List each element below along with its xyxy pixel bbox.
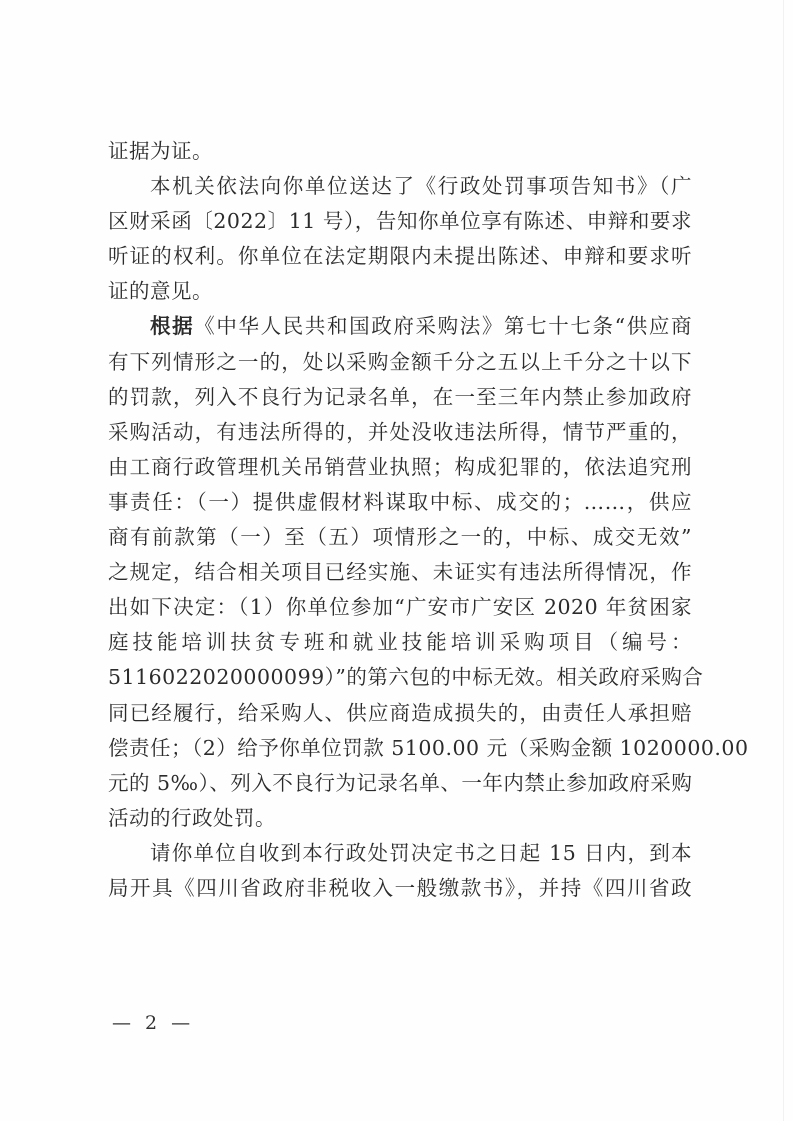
- scan-artifact-line: [783, 0, 784, 1121]
- text-line: 元的 5‰）、列入不良行为记录名单、一年内禁止参加政府采购: [108, 766, 692, 801]
- text-line: 由工商行政管理机关吊销营业执照；构成犯罪的，依法追究刑: [108, 450, 692, 485]
- text-line: 有下列情形之一的，处以采购金额千分之五以上千分之十以下: [108, 345, 692, 380]
- text-line: 同已经履行，给采购人、供应商造成损失的，由责任人承担赔: [108, 696, 692, 731]
- text-line: 偿责任；（2）给予你单位罚款 5100.00 元（采购金额 1020000.00: [108, 731, 692, 766]
- text-line: 听证的权利。你单位在法定期限内未提出陈述、申辩和要求听: [108, 239, 692, 274]
- text-line: 局开具《四川省政府非税收入一般缴款书》，并持《四川省政: [108, 871, 692, 906]
- text-line: 活动的行政处罚。: [108, 801, 692, 836]
- text-line: 请你单位自收到本行政处罚决定书之日起 15 日内，到本: [108, 836, 692, 871]
- text-line: 证的意见。: [108, 274, 692, 309]
- bold-lead-text: 根据: [150, 314, 194, 338]
- text-line: 商有前款第（一）至（五）项情形之一的，中标、成交无效”: [108, 520, 692, 555]
- text-line: 庭技能培训扶贫专班和就业技能培训采购项目（编号：: [108, 625, 692, 660]
- text-line: 本机关依法向你单位送达了《行政处罚事项告知书》（广: [108, 169, 692, 204]
- text-line: 根据《中华人民共和国政府采购法》第七十七条“供应商: [108, 309, 692, 344]
- text-line: 证据为证。: [108, 134, 692, 169]
- page-number: — 2 —: [112, 1012, 194, 1034]
- text-line: 出如下决定：（1）你单位参加“广安市广安区 2020 年贫困家: [108, 590, 692, 625]
- text-line: 采购活动，有违法所得的，并处没收违法所得，情节严重的，: [108, 415, 692, 450]
- text-line: 的罚款，列入不良行为记录名单，在一至三年内禁止参加政府: [108, 380, 692, 415]
- text-line: 事责任：（一）提供虚假材料谋取中标、成交的；……，供应: [108, 485, 692, 520]
- text-line: 5116022020000099）”的第六包的中标无效。相关政府采购合: [108, 660, 692, 695]
- text-line: 之规定，结合相关项目已经实施、未证实有违法所得情况，作: [108, 555, 692, 590]
- text-line-rest: 《中华人民共和国政府采购法》第七十七条“供应商: [194, 314, 692, 338]
- text-line: 区财采函〔2022〕11 号），告知你单位享有陈述、申辩和要求: [108, 204, 692, 239]
- document-page: 证据为证。 本机关依法向你单位送达了《行政处罚事项告知书》（广 区财采函〔202…: [0, 0, 793, 1121]
- document-body: 证据为证。 本机关依法向你单位送达了《行政处罚事项告知书》（广 区财采函〔202…: [108, 134, 692, 906]
